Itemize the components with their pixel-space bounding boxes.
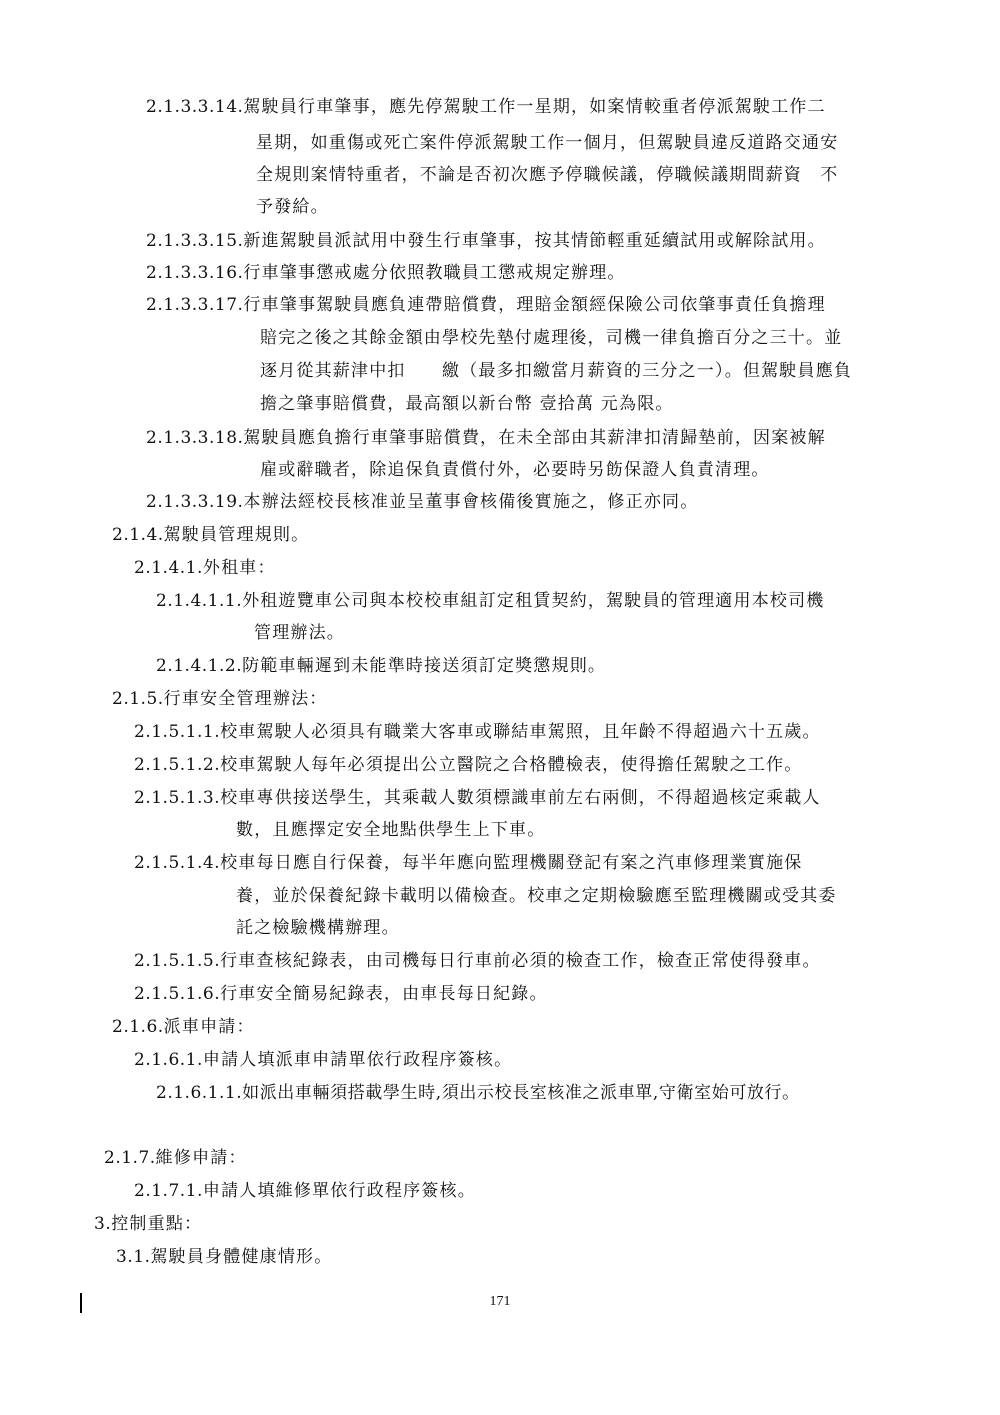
clause-2-1-5-1-1: 2.1.5.1.1.校車駕駛人必須具有職業大客車或聯結車駕照，且年齡不得超過六十… [134,721,821,743]
section-title: 申請人填維修單依行政程序簽核。 [203,1181,476,1201]
clause-text: 擔之肇事賠償費，最高額以新台幣 壹拾萬 元為限。 [260,394,674,414]
section-3-1-heading: 3.1.駕駛員身體健康情形。 [116,1246,332,1268]
clause-2-1-6-1-1: 2.1.6.1.1.如派出車輛須搭載學生時,須出示校長室核准之派車單,守衛室始可… [156,1082,800,1104]
section-2-1-4-heading: 2.1.4.駕駛員管理規則。 [112,524,309,546]
section-2-1-4-1-heading: 2.1.4.1.外租車： [134,557,276,579]
clause-text: 數，且應擇定安全地點供學生上下車。 [236,820,545,840]
clause-text: 管理辦法。 [254,623,345,643]
clause-text: 如派出車輛須搭載學生時,須出示校長室核准之派車單,守衛室始可放行。 [242,1083,800,1103]
clause-number: 2.1.5.1.4. [134,853,220,873]
section-2-1-7-heading: 2.1.7.維修申請： [104,1147,247,1169]
clause-text: 駕駛員應負擔行車肇事賠償費，在未全部由其薪津扣清歸墊前，因案被解 [243,428,825,448]
section-number: 2.1.7. [104,1148,156,1168]
clause-text: 逐月從其薪津中扣 繳（最多扣繳當月薪資的三分之一）。但駕駛員應負 [260,361,852,381]
clause-text: 校車專供接送學生，其乘載人數須標識車前左右兩側，不得超過核定乘載人 [220,788,821,808]
clause-continuation: 予發給。 [256,196,329,218]
clause-number: 2.1.5.1.5. [134,951,220,971]
clause-text: 校車駕駛人每年必須提出公立醫院之合格體檢表，使得擔任駕駛之工作。 [220,755,802,775]
section-number: 2.1.7.1. [134,1181,203,1201]
clause-number: 2.1.4.1.2. [156,656,242,676]
section-number: 2.1.6. [112,1017,164,1037]
section-title: 派車申請： [164,1017,255,1037]
clause-continuation: 擔之肇事賠償費，最高額以新台幣 壹拾萬 元為限。 [260,393,674,415]
clause-continuation: 管理辦法。 [254,622,345,644]
clause-text: 全規則案情特重者，不論是否初次應予停職候議，停職候議期間薪資 不 [256,165,838,185]
clause-2-1-3-3-15: 2.1.3.3.15.新進駕駛員派試用中發生行車肇事，按其情節輕重延續試用或解除… [146,230,826,252]
clause-2-1-3-3-16: 2.1.3.3.16.行車肇事懲戒處分依照教職員工懲戒規定辦理。 [146,262,626,284]
clause-text: 外租遊覽車公司與本校校車組訂定租賃契約，駕駛員的管理適用本校司機 [242,591,824,611]
section-number: 2.1.5. [112,689,164,709]
clause-2-1-3-3-17: 2.1.3.3.17.行車肇事駕駛員應負連帶賠償費，理賠金額經保險公司依肇事責任… [146,294,826,316]
section-title: 駕駛員身體健康情形。 [150,1247,332,1267]
clause-2-1-5-1-5: 2.1.5.1.5.行車查核紀錄表，由司機每日行車前必須的檢查工作，檢查正常使得… [134,950,821,972]
clause-text: 行車肇事駕駛員應負連帶賠償費，理賠金額經保險公司依肇事責任負擔理 [243,295,825,315]
clause-text: 星期，如重傷或死亡案件停派駕駛工作一個月，但駕駛員違反道路交通安 [256,133,838,153]
clause-text: 行車查核紀錄表，由司機每日行車前必須的檢查工作，檢查正常使得發車。 [220,951,821,971]
section-title: 行車安全管理辦法： [164,689,328,709]
clause-continuation: 雇或辭職者，除追保負責償付外，必要時另飭保證人負責清理。 [260,459,770,481]
clause-number: 2.1.6.1.1. [156,1083,242,1103]
clause-text: 養，並於保養紀錄卡載明以備檢查。校車之定期檢驗應至監理機關或受其委 [236,886,837,906]
clause-text: 賠完之後之其餘金額由學校先墊付處理後，司機一律負擔百分之三十。並 [260,328,842,348]
clause-number: 2.1.3.3.17. [146,295,243,315]
clause-2-1-5-1-2: 2.1.5.1.2.校車駕駛人每年必須提出公立醫院之合格體檢表，使得擔任駕駛之工… [134,754,803,776]
clause-continuation: 星期，如重傷或死亡案件停派駕駛工作一個月，但駕駛員違反道路交通安 [256,132,838,154]
clause-continuation: 逐月從其薪津中扣 繳（最多扣繳當月薪資的三分之一）。但駕駛員應負 [260,360,852,382]
clause-2-1-4-1-2: 2.1.4.1.2.防範車輛遲到未能準時接送須訂定獎懲規則。 [156,655,606,677]
clause-number: 2.1.3.3.14. [146,97,243,117]
section-2-1-7-1-heading: 2.1.7.1.申請人填維修單依行政程序簽核。 [134,1180,476,1202]
section-title: 控制重點： [111,1214,202,1234]
clause-2-1-3-3-19: 2.1.3.3.19.本辦法經校長核准並呈董事會核備後實施之，修正亦同。 [146,491,698,513]
clause-number: 2.1.3.3.16. [146,263,243,283]
clause-2-1-4-1-1: 2.1.4.1.1.外租遊覽車公司與本校校車組訂定租賃契約，駕駛員的管理適用本校… [156,590,825,612]
section-3-heading: 3.控制重點： [94,1213,202,1235]
clause-number: 2.1.5.1.2. [134,755,220,775]
section-title: 外租車： [203,558,276,578]
clause-text: 雇或辭職者，除追保負責償付外，必要時另飭保證人負責清理。 [260,460,770,480]
section-2-1-5-heading: 2.1.5.行車安全管理辦法： [112,688,327,710]
section-2-1-6-heading: 2.1.6.派車申請： [112,1016,255,1038]
page-number: 171 [0,1293,1000,1311]
clause-number: 2.1.3.3.19. [146,492,243,512]
clause-continuation: 託之檢驗機構辦理。 [236,917,400,939]
clause-number: 2.1.5.1.6. [134,984,220,1004]
clause-text: 予發給。 [256,197,329,217]
clause-continuation: 賠完之後之其餘金額由學校先墊付處理後，司機一律負擔百分之三十。並 [260,327,842,349]
clause-number: 2.1.5.1.3. [134,788,220,808]
clause-text: 新進駕駛員派試用中發生行車肇事，按其情節輕重延續試用或解除試用。 [243,231,825,251]
section-number: 2.1.4. [112,525,164,545]
document-page: 2.1.3.3.14.駕駛員行車肇事，應先停駕駛工作一星期，如案情較重者停派駕駛… [0,0,1000,1415]
section-number: 2.1.6.1. [134,1050,203,1070]
clause-number: 2.1.3.3.15. [146,231,243,251]
clause-2-1-5-1-3: 2.1.5.1.3.校車專供接送學生，其乘載人數須標識車前左右兩側，不得超過核定… [134,787,821,809]
section-number: 2.1.4.1. [134,558,203,578]
clause-text: 校車每日應自行保養，每半年應向監理機關登記有案之汽車修理業實施保 [220,853,802,873]
clause-continuation: 全規則案情特重者，不論是否初次應予停職候議，停職候議期間薪資 不 [256,164,838,186]
clause-2-1-5-1-6: 2.1.5.1.6.行車安全簡易紀錄表，由車長每日紀錄。 [134,983,548,1005]
clause-text: 本辦法經校長核准並呈董事會核備後實施之，修正亦同。 [243,492,698,512]
clause-continuation: 養，並於保養紀錄卡載明以備檢查。校車之定期檢驗應至監理機關或受其委 [236,885,837,907]
clause-2-1-5-1-4: 2.1.5.1.4.校車每日應自行保養，每半年應向監理機關登記有案之汽車修理業實… [134,852,803,874]
section-title: 維修申請： [156,1148,247,1168]
clause-continuation: 數，且應擇定安全地點供學生上下車。 [236,819,545,841]
section-title: 駕駛員管理規則。 [164,525,310,545]
clause-number: 2.1.4.1.1. [156,591,242,611]
clause-number: 2.1.5.1.1. [134,722,220,742]
clause-text: 託之檢驗機構辦理。 [236,918,400,938]
clause-text: 行車安全簡易紀錄表，由車長每日紀錄。 [220,984,548,1004]
section-number: 3. [94,1214,111,1234]
clause-text: 校車駕駛人必須具有職業大客車或聯結車駕照，且年齡不得超過六十五歲。 [220,722,821,742]
clause-2-1-3-3-18: 2.1.3.3.18.駕駛員應負擔行車肇事賠償費，在未全部由其薪津扣清歸墊前，因… [146,427,826,449]
section-number: 3.1. [116,1247,150,1267]
clause-number: 2.1.3.3.18. [146,428,243,448]
section-2-1-6-1-heading: 2.1.6.1.申請人填派車申請單依行政程序簽核。 [134,1049,512,1071]
section-title: 申請人填派車申請單依行政程序簽核。 [203,1050,512,1070]
clause-text: 防範車輛遲到未能準時接送須訂定獎懲規則。 [242,656,606,676]
clause-text: 行車肇事懲戒處分依照教職員工懲戒規定辦理。 [243,263,625,283]
clause-text: 駕駛員行車肇事，應先停駕駛工作一星期，如案情較重者停派駕駛工作二 [243,97,825,117]
clause-2-1-3-3-14: 2.1.3.3.14.駕駛員行車肇事，應先停駕駛工作一星期，如案情較重者停派駕駛… [146,96,826,118]
